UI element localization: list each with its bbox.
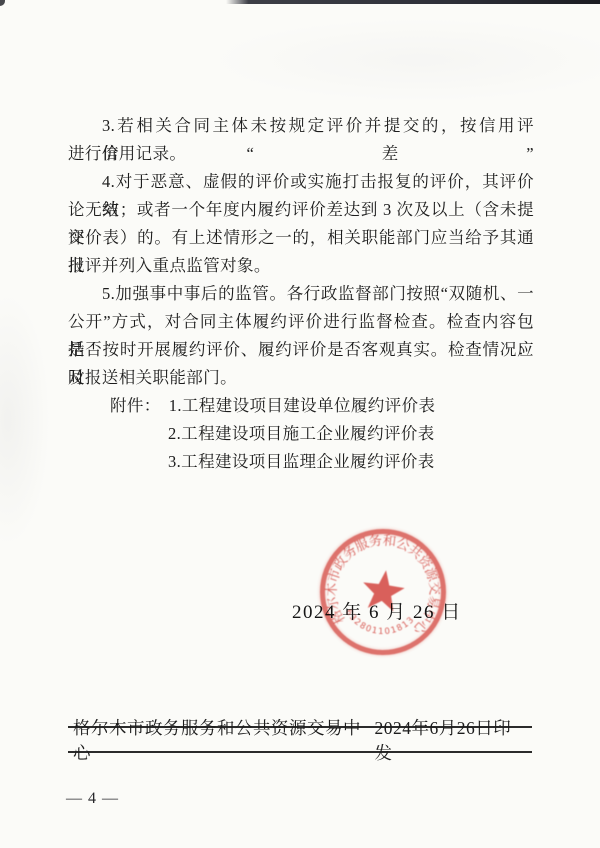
paragraph-5-line-4: 时报送相关职能部门。 — [68, 364, 534, 392]
attachments-row-2: 2.工程建设项目施工企业履约评价表 — [68, 420, 534, 448]
attachments-label: 附件： — [110, 396, 161, 415]
scan-artifact-top-edge — [226, 0, 600, 4]
attachment-item-3: 3.工程建设项目监理企业履约评价表 — [168, 452, 435, 471]
document-body: 3.若相关合同主体未按规定评价并提交的，按信用评价“差” 进行信用记录。 4.对… — [68, 112, 534, 476]
paragraph-5-line-3: 是否按时开展履约评价、履约评价是否客观真实。检查情况应及 — [68, 336, 534, 364]
official-seal-stamp: 格尔木市政务服务和公共资源交易中心 6328011018134 — [320, 529, 446, 655]
paragraph-3-line-1: 3.若相关合同主体未按规定评价并提交的，按信用评价“差” — [68, 112, 534, 140]
paragraph-4-line-3: 评价表）的。有上述情形之一的，相关职能部门应当给予其通报 — [68, 224, 534, 252]
paragraph-4-line-4: 批评并列入重点监管对象。 — [68, 252, 534, 280]
document-page: 3.若相关合同主体未按规定评价并提交的，按信用评价“差” 进行信用记录。 4.对… — [0, 0, 600, 848]
paragraph-5-line-2: 公开”方式，对合同主体履约评价进行监督检查。检查内容包括： — [68, 308, 534, 336]
paragraph-4-line-1: 4.对于恶意、虚假的评价或实施打击报复的评价，其评价结 — [68, 168, 534, 196]
seal-star-icon — [360, 567, 407, 612]
footer-issuer: 格尔木市政务服务和公共资源交易中心 — [73, 715, 375, 765]
attachments-row-1: 附件：1.工程建设项目建设单位履约评价表 — [68, 392, 534, 420]
footer-print-date: 2024年6月26日印发 — [375, 715, 527, 765]
scan-artifact-corner — [0, 0, 5, 6]
seal-graphic: 格尔木市政务服务和公共资源交易中心 6328011018134 — [320, 529, 446, 655]
colophon-footer: 格尔木市政务服务和公共资源交易中心 2024年6月26日印发 — [68, 726, 532, 753]
attachment-item-2: 2.工程建设项目施工企业履约评价表 — [168, 424, 435, 443]
page-number: — 4 — — [66, 790, 119, 808]
paragraph-4-line-2: 论无效；或者一个年度内履约评价差达到 3 次及以上（含未提交 — [68, 196, 534, 224]
attachments-row-3: 3.工程建设项目监理企业履约评价表 — [68, 448, 534, 476]
paragraph-5-line-1: 5.加强事中事后的监管。各行政监督部门按照“双随机、一 — [68, 280, 534, 308]
attachment-item-1: 1.工程建设项目建设单位履约评价表 — [169, 396, 436, 415]
